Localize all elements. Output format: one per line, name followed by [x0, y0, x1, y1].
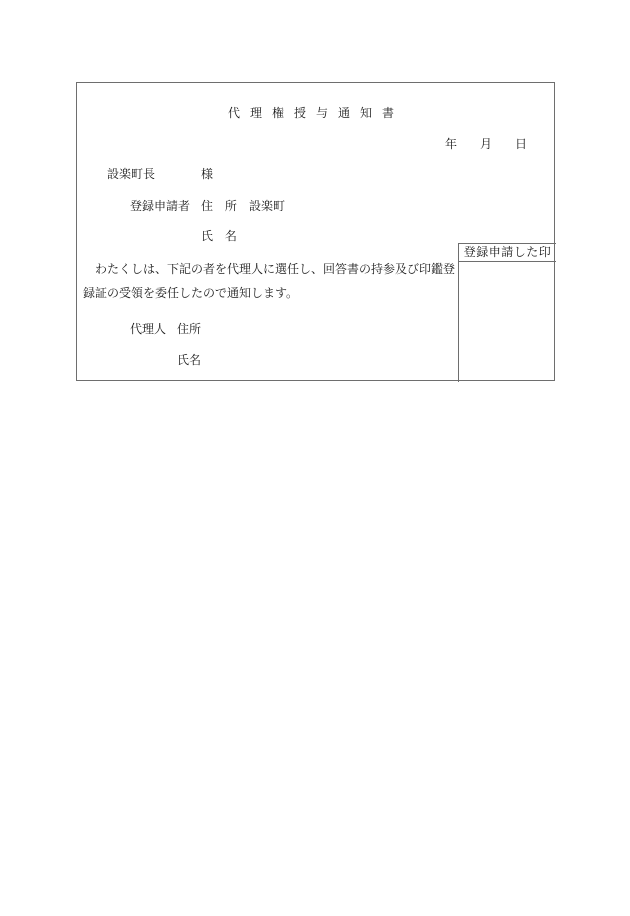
date-month-label: 月 — [480, 137, 492, 151]
applicant-name-label: 氏 名 — [201, 229, 241, 243]
date-year-label: 年 — [445, 137, 457, 151]
addressee-name: 設楽町長 — [107, 167, 155, 181]
applicant-label: 登録申請者 — [130, 199, 190, 213]
body-text-line-2: 録証の受領を委任したので通知します。 — [83, 286, 298, 300]
applicant-address-value: 設楽町 — [249, 199, 285, 213]
agent-label: 代理人 — [130, 322, 166, 336]
body-text-line-1: わたくしは、下記の者を代理人に選任し、回答書の持参及び印鑑登 — [95, 262, 455, 276]
addressee-honorific: 様 — [201, 167, 213, 181]
agent-name-label: 氏名 — [177, 353, 201, 367]
registered-seal-box: 登録申請した印 — [458, 243, 556, 382]
applicant-address-label: 住 所 — [201, 199, 241, 213]
document-title: 代理権授与通知書 — [228, 106, 404, 120]
registered-seal-label: 登録申請した印 — [459, 244, 556, 262]
date-day-label: 日 — [515, 137, 527, 151]
agent-address-label: 住所 — [177, 322, 201, 336]
